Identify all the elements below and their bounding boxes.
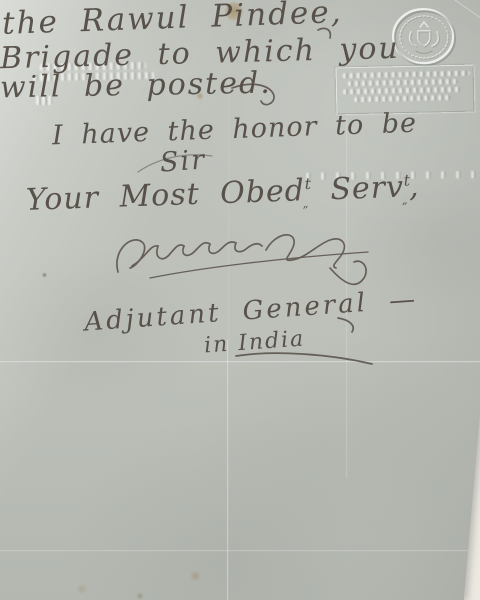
photo-background: the Rawul Pindee, Brigade to which you w… xyxy=(0,0,480,600)
foxing-stain xyxy=(76,584,88,594)
valediction-comma: , xyxy=(408,169,420,204)
fold-crease-horizontal-lower xyxy=(0,549,480,552)
embossed-text-row xyxy=(343,71,470,79)
ink-fleck xyxy=(42,272,47,278)
abbreviation-mark: „ xyxy=(302,197,308,210)
foxing-stain xyxy=(190,570,201,582)
abbreviation-mark: „ xyxy=(401,194,407,207)
handwriting-honor-line: I have the honor to be xyxy=(52,108,418,152)
handwriting-sir-line: Sir xyxy=(159,144,207,178)
signature-flourish xyxy=(117,235,368,285)
embossed-text-row xyxy=(348,79,458,86)
fold-crease-horizontal-mid xyxy=(0,360,480,363)
foxing-stain xyxy=(136,592,144,600)
embossed-box-stamp xyxy=(336,65,475,115)
embossed-text-row xyxy=(343,87,462,94)
valediction-part2: Serv xyxy=(309,170,404,208)
letter-paper: the Rawul Pindee, Brigade to which you w… xyxy=(0,0,480,600)
fold-crease-vertical-center xyxy=(226,340,229,600)
handwriting-line-3: will be posted. xyxy=(0,66,272,106)
handwriting-place-line: in India xyxy=(203,326,306,358)
paper-shadow-wrap: the Rawul Pindee, Brigade to which you w… xyxy=(0,0,480,600)
title-dash-flourish: — xyxy=(388,284,419,316)
embossed-text-row xyxy=(354,95,451,102)
handwriting-valediction: Your Most Obedt„ Servt„, xyxy=(25,169,420,220)
valediction-part1: Your Most Obed xyxy=(25,173,305,218)
